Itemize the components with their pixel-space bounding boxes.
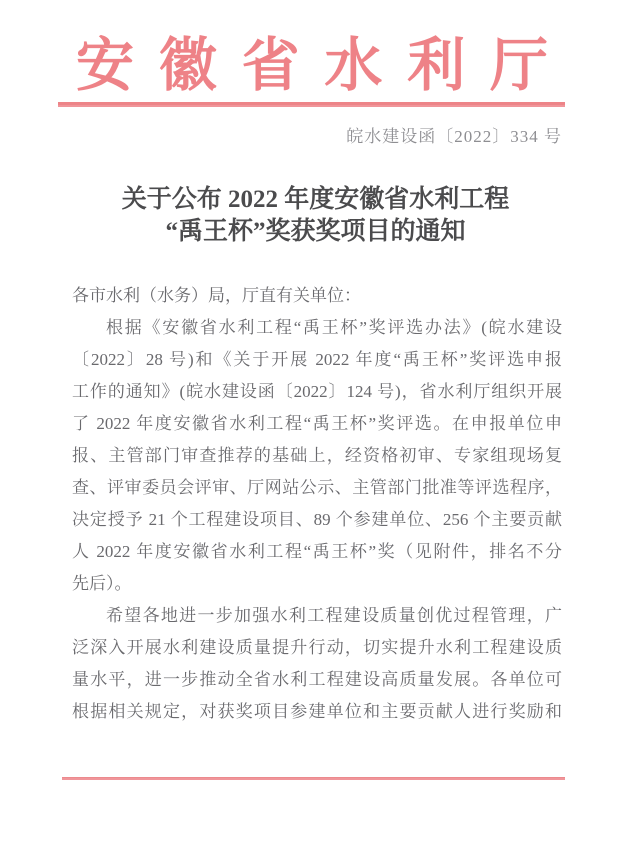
body-line: 查、评审委员会评审、厅网站公示、主管部门批准等评选程序， — [72, 472, 562, 504]
body-line: 量水平，进一步推动全省水利工程建设高质量发展。各单位可 — [72, 664, 562, 696]
body-line: 工作的通知》(皖水建设函〔2022〕124 号)，省水利厅组织开展 — [72, 376, 562, 408]
scanned-document-page: 安徽省水利厅 皖水建设函〔2022〕334 号 关于公布 2022 年度安徽省水… — [0, 0, 631, 844]
document-title-line-2: “禹王杯”奖获奖项目的通知 — [0, 216, 631, 248]
body-line: 〔2022〕28 号)和《关于开展 2022 年度“禹王杯”奖评选申报 — [72, 344, 562, 376]
body-line: 报、主管部门审查推荐的基础上，经资格初审、专家组现场复 — [72, 440, 562, 472]
document-reference-number: 皖水建设函〔2022〕334 号 — [346, 127, 562, 147]
body-line: 人 2022 年度安徽省水利工程“禹王杯”奖（见附件，排名不分 — [72, 536, 562, 568]
body-line: 决定授予 21 个工程建设项目、89 个参建单位、256 个主要贡献 — [72, 504, 562, 536]
document-title-line-1: 关于公布 2022 年度安徽省水利工程 — [0, 184, 631, 216]
agency-letterhead: 安徽省水利厅 — [76, 34, 548, 98]
body-line: 了 2022 年度安徽省水利工程“禹王杯”奖评选。在申报单位申 — [72, 408, 562, 440]
body-line: 根据《安徽省水利工程“禹王杯”奖评选办法》(皖水建设 — [72, 312, 562, 344]
body-line: 希望各地进一步加强水利工程建设质量创优过程管理，广 — [72, 600, 562, 632]
body-line: 根据相关规定，对获奖项目参建单位和主要贡献人进行奖励和 — [72, 696, 562, 728]
body-line: 泛深入开展水利建设质量提升行动，切实提升水利工程建设质 — [72, 632, 562, 664]
body-line: 先后）。 — [72, 568, 562, 600]
footer-rule — [62, 777, 565, 780]
letterhead-double-rule — [58, 102, 565, 107]
body-line: 各市水利（水务）局，厅直有关单位： — [72, 280, 562, 312]
document-body: 各市水利（水务）局，厅直有关单位： 根据《安徽省水利工程“禹王杯”奖评选办法》(… — [72, 280, 562, 728]
document-title: 关于公布 2022 年度安徽省水利工程 “禹王杯”奖获奖项目的通知 — [0, 184, 631, 248]
